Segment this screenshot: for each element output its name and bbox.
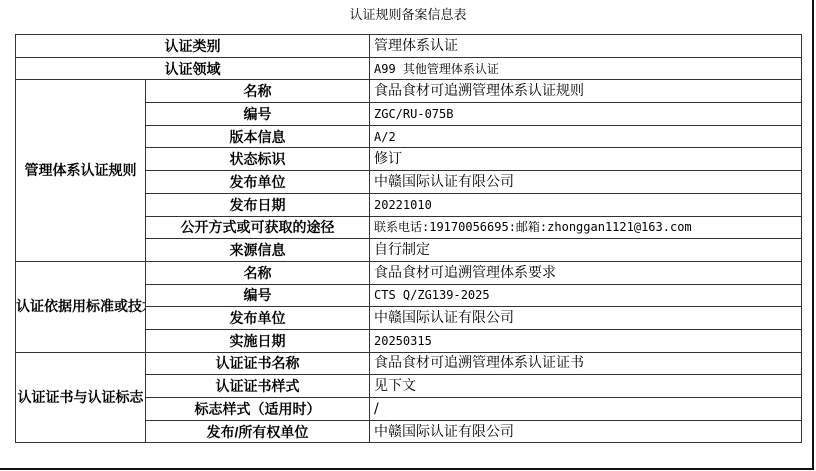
row-label: 编号 — [146, 284, 370, 307]
row-label-cert-field: 认证领域 — [16, 57, 370, 80]
row-value: 中赣国际认证有限公司 — [370, 420, 802, 443]
row-label: 状态标识 — [146, 148, 370, 171]
row-value: / — [370, 398, 802, 421]
row-value: 中赣国际认证有限公司 — [370, 307, 802, 330]
row-label: 发布单位 — [146, 307, 370, 330]
row-label: 标志样式（适用时） — [146, 398, 370, 421]
rules-filing-table: 认证类别 管理体系认证 认证领域 A99 其他管理体系认证 管理体系认证规则 名… — [15, 34, 802, 443]
row-value: CTS Q/ZG139-2025 — [370, 284, 802, 307]
table-row: 认证证书与认证标志 认证证书名称 食品食材可追溯管理体系认证证书 — [16, 352, 802, 375]
group-label-standard: 认证依据用标准或技术规范 — [16, 261, 146, 352]
row-value: A/2 — [370, 125, 802, 148]
row-value-contact: 联系电话:19170056695:邮箱:zhonggan1121@163.com — [370, 216, 802, 239]
frame-border-bottom — [0, 468, 814, 470]
row-label: 名称 — [146, 261, 370, 284]
row-label: 版本信息 — [146, 125, 370, 148]
row-label: 发布日期 — [146, 193, 370, 216]
row-value-cert-category: 管理体系认证 — [370, 35, 802, 58]
row-value: ZGC/RU-075B — [370, 103, 802, 126]
row-value: 中赣国际认证有限公司 — [370, 171, 802, 194]
row-label: 实施日期 — [146, 329, 370, 352]
row-value-cert-field: A99 其他管理体系认证 — [370, 57, 802, 80]
row-value: 见下文 — [370, 375, 802, 398]
row-label: 名称 — [146, 80, 370, 103]
row-value: 食品食材可追溯管理体系认证规则 — [370, 80, 802, 103]
row-value: 修订 — [370, 148, 802, 171]
row-label-cert-category: 认证类别 — [16, 35, 370, 58]
frame-border-right — [812, 0, 814, 470]
table-row: 认证领域 A99 其他管理体系认证 — [16, 57, 802, 80]
row-label: 编号 — [146, 103, 370, 126]
row-label: 认证证书名称 — [146, 352, 370, 375]
row-label: 来源信息 — [146, 239, 370, 262]
document-title: 认证规则备案信息表 — [0, 6, 816, 26]
row-value: 食品食材可追溯管理体系要求 — [370, 261, 802, 284]
group-label-rules: 管理体系认证规则 — [16, 80, 146, 262]
group-label-certificate: 认证证书与认证标志 — [16, 352, 146, 443]
row-label: 认证证书样式 — [146, 375, 370, 398]
row-value: 20221010 — [370, 193, 802, 216]
row-label: 发布/所有权单位 — [146, 420, 370, 443]
row-value: 食品食材可追溯管理体系认证证书 — [370, 352, 802, 375]
row-label: 公开方式或可获取的途径 — [146, 216, 370, 239]
row-value: 20250315 — [370, 329, 802, 352]
table-row: 认证类别 管理体系认证 — [16, 35, 802, 58]
row-value: 自行制定 — [370, 239, 802, 262]
row-label: 发布单位 — [146, 171, 370, 194]
table-row: 认证依据用标准或技术规范 名称 食品食材可追溯管理体系要求 — [16, 261, 802, 284]
table-row: 管理体系认证规则 名称 食品食材可追溯管理体系认证规则 — [16, 80, 802, 103]
